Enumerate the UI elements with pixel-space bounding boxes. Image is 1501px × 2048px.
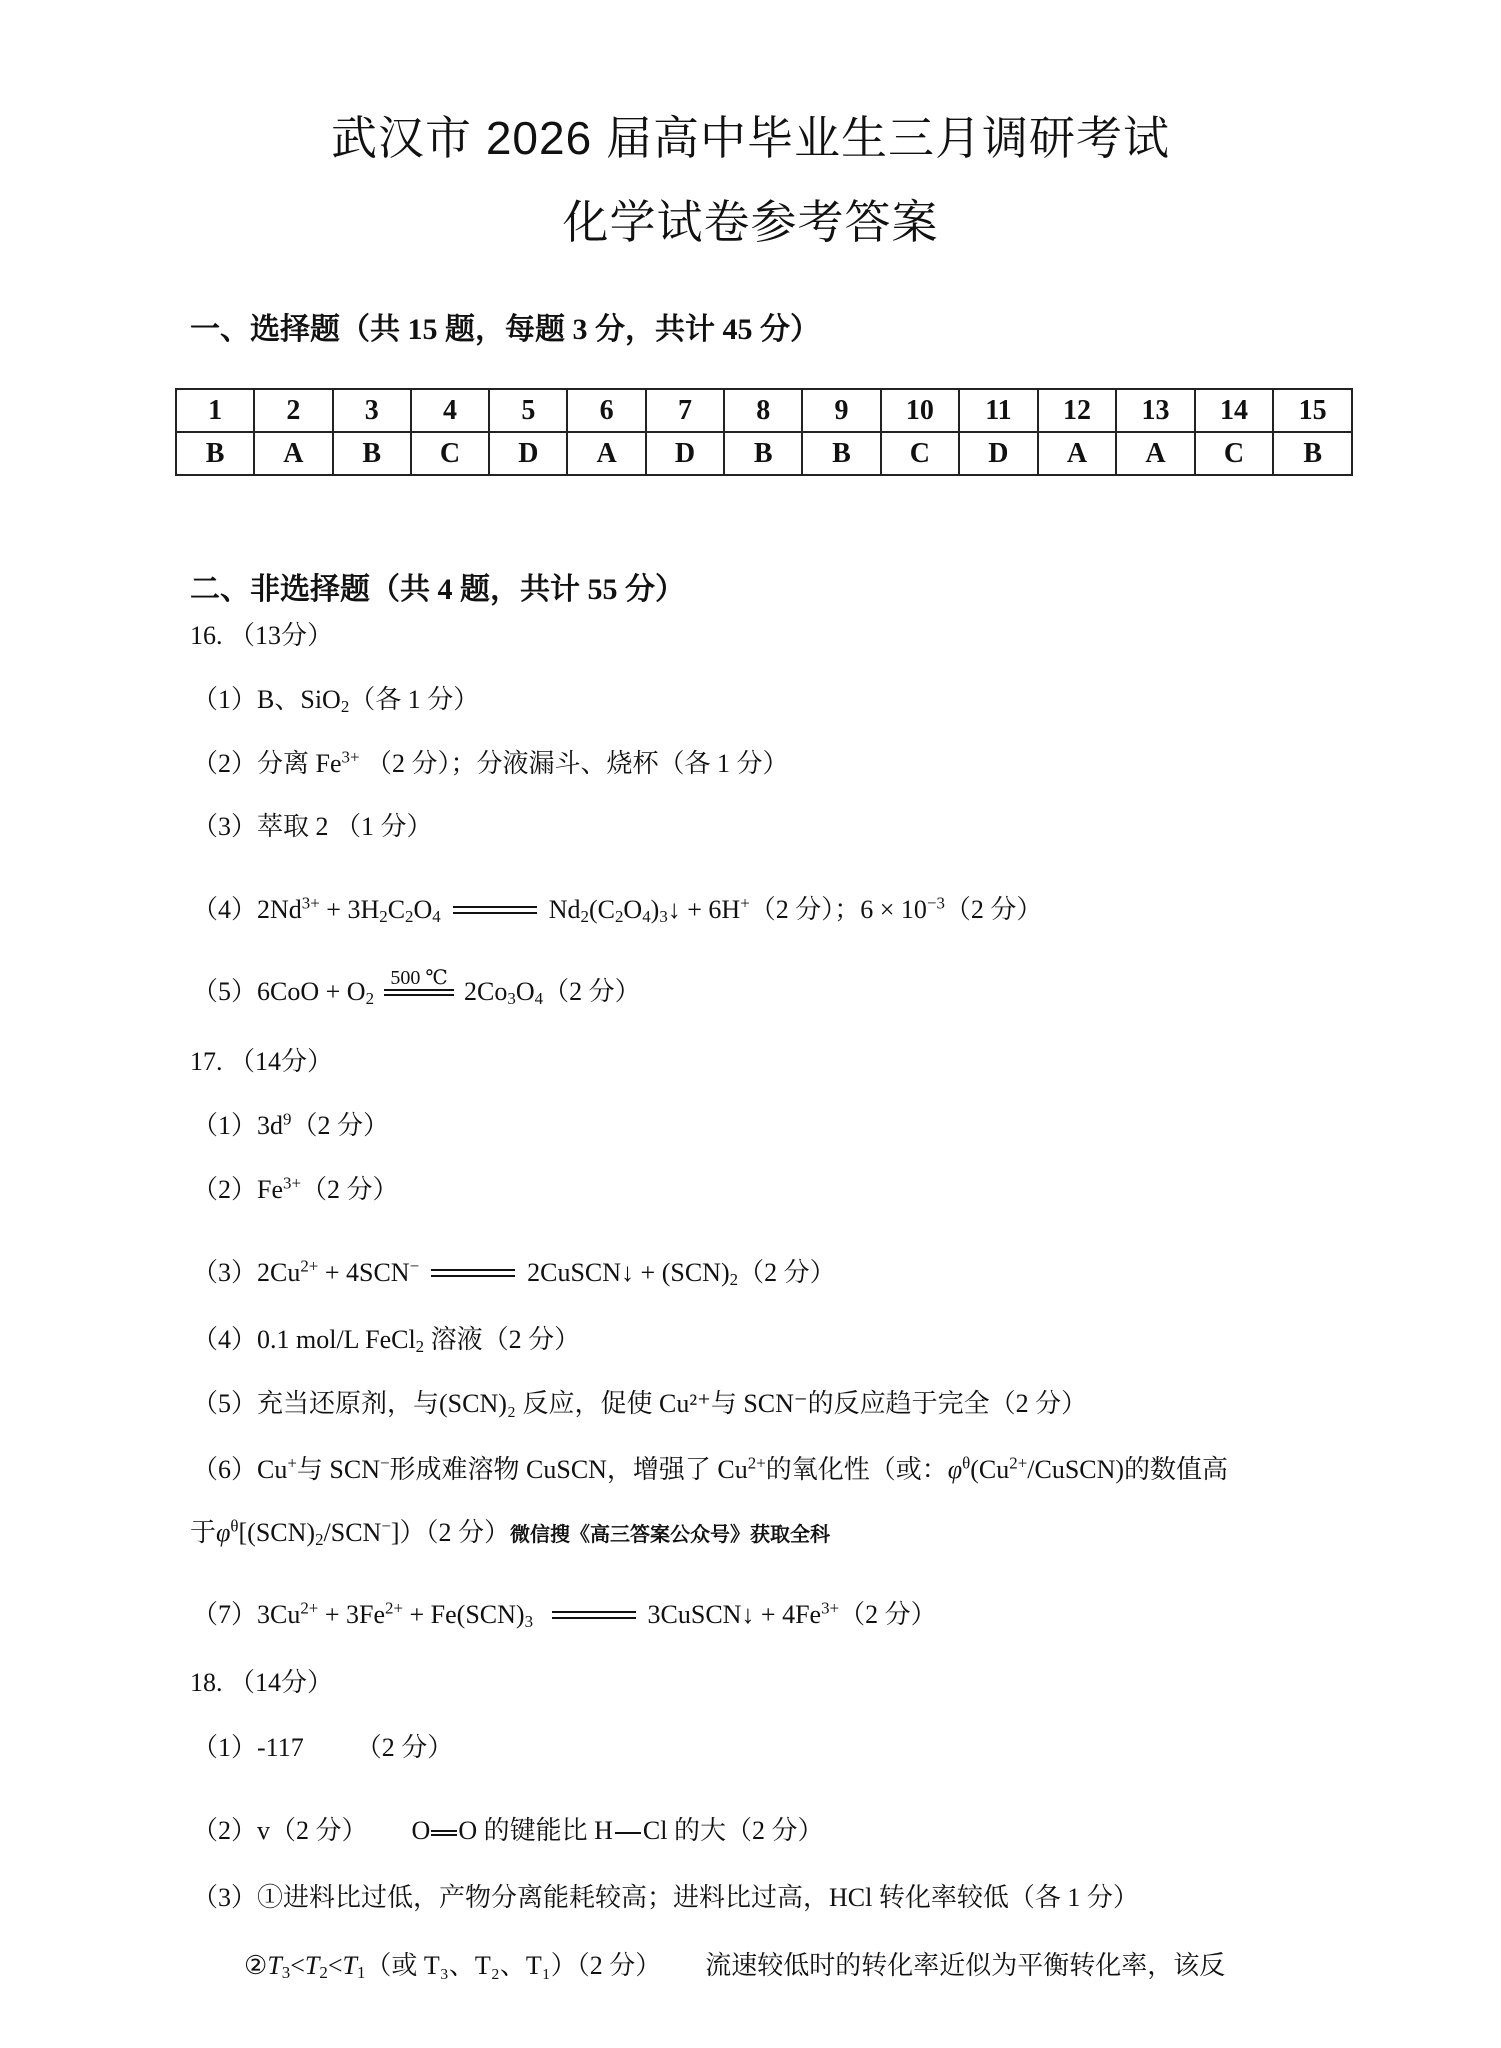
answer-text: v（2 分）	[257, 1816, 368, 1845]
watermark-text: 微信搜《高三答案公众号》获取全科	[510, 1522, 830, 1546]
q16-answer-1: （1）B、SiO2（各 1 分）	[192, 683, 479, 717]
page-title: 武汉市 2026 届高中毕业生三月调研考试	[0, 102, 1501, 168]
answer-label: （6）	[192, 1455, 257, 1484]
answer-text: -117	[257, 1733, 304, 1762]
score-text: （各 1 分）	[349, 685, 479, 714]
answer-text: ②T3<T2<T1	[244, 1951, 365, 1980]
q17-answer-5: （5）充当还原剂，与(SCN)₂ 反应，促使 Cu²⁺与 SCN⁻的反应趋于完全…	[192, 1387, 1087, 1421]
answer-text: 流速较低时的转化率近似为平衡转化率，该反	[705, 1951, 1225, 1980]
question-number-cell: 12	[1038, 389, 1117, 432]
answer-cell: B	[333, 432, 411, 475]
answer-text: 充当还原剂，与(SCN)₂ 反应，促使 Cu²⁺与 SCN⁻的反应趋于完全（2 …	[257, 1389, 1087, 1418]
answer-text: Fe	[257, 1175, 283, 1204]
score-text: （或 T₃、T₂、T₁）（2 分）	[365, 1951, 661, 1980]
question-18-header: 18. （14分）	[190, 1666, 333, 1700]
q16-answer-2: （2）分离 Fe3+ （2 分）；分液漏斗、烧杯（各 1 分）	[192, 747, 789, 781]
answer-cell: B	[802, 432, 880, 475]
answer-text: B、SiO	[257, 685, 341, 714]
q17-answer-7: （7）3Cu2+ + 3Fe2+ + Fe(SCN)3 3CuSCN↓ + 4F…	[192, 1598, 937, 1632]
answer-text: 分离 Fe	[257, 749, 342, 778]
q18-answer-3: （3）①进料比过低，产物分离能耗较高；进料比过高，HCl 转化率较低（各 1 分…	[192, 1881, 1139, 1915]
question-number-cell: 2	[254, 389, 332, 432]
answer-cell: A	[1116, 432, 1195, 475]
double-bond-icon	[431, 1830, 457, 1836]
question-number-cell: 11	[959, 389, 1038, 432]
answer-cell: A	[567, 432, 645, 475]
answer-text: ①进料比过低，产物分离能耗较高；进料比过高，HCl 转化率较低（各 1 分）	[257, 1883, 1139, 1912]
exponent: −3	[927, 894, 945, 913]
answer-text: Cl 的大（2 分）	[643, 1816, 824, 1845]
question-number-cell: 13	[1116, 389, 1195, 432]
answer-cell: C	[411, 432, 489, 475]
answer-label: （3）	[192, 812, 257, 841]
question-number-cell: 4	[411, 389, 489, 432]
answer-cell: D	[489, 432, 567, 475]
answer-table: 123456789101112131415 BABCDADBBCDAACB	[175, 388, 1353, 476]
q17-answer-4: （4）0.1 mol/L FeCl2 溶液（2 分）	[192, 1323, 580, 1357]
equals-sign	[453, 906, 537, 914]
answer-label: （2）	[192, 749, 257, 778]
q17-answer-2: （2）Fe3+（2 分）	[192, 1173, 399, 1207]
equals-sign	[431, 1269, 515, 1277]
question-number-row: 123456789101112131415	[176, 389, 1352, 432]
q18-answer-2: （2）v（2 分）OO 的键能比 HCl 的大（2 分）	[192, 1814, 823, 1848]
question-number-cell: 10	[881, 389, 960, 432]
answer-label: （2）	[192, 1175, 257, 1204]
score-text: （2 分）	[291, 1111, 389, 1140]
score-text: （2 分）	[356, 1733, 454, 1762]
question-number-cell: 14	[1195, 389, 1274, 432]
subscript: 2	[341, 697, 349, 716]
answer-label: （4）	[192, 1325, 257, 1354]
score-text: （2 分）；6 × 10	[750, 895, 927, 924]
q17-answer-6: （6）Cu+与 SCN−形成难溶物 CuSCN，增强了 Cu2+的氧化性（或：φ…	[192, 1453, 1228, 1487]
answer-label: （5）	[192, 977, 257, 1006]
chemical-equation: 6CoO + O2500 ℃2Co3O4	[257, 977, 543, 1006]
chemical-equation: 2Nd3+ + 3H2C2O4Nd2(C2O4)3↓ + 6H+	[257, 895, 750, 924]
answer-text: 萃取 2 （1 分）	[257, 812, 433, 841]
answer-text: 溶液（2 分）	[424, 1325, 580, 1354]
q17-answer-1: （1）3d9（2 分）	[192, 1109, 389, 1143]
answer-cell: D	[646, 432, 724, 475]
answer-cell: C	[881, 432, 960, 475]
q16-answer-5: （5）6CoO + O2500 ℃2Co3O4（2 分）	[192, 975, 641, 1009]
superscript: 3+	[342, 748, 360, 767]
score-text: （2 分）；分液漏斗、烧杯（各 1 分）	[360, 749, 789, 778]
score-text: （2 分）	[543, 977, 641, 1006]
answer-label: （3）	[192, 1258, 257, 1287]
reaction-condition: 500 ℃	[384, 961, 454, 995]
question-number-cell: 15	[1273, 389, 1352, 432]
answer-row: BABCDADBBCDAACB	[176, 432, 1352, 475]
bond-notation: OO	[412, 1816, 484, 1845]
page-subtitle: 化学试卷参考答案	[0, 186, 1501, 252]
section-heading-choice: 一、选择题（共 15 题，每题 3 分，共计 45 分）	[190, 304, 820, 348]
q16-answer-3: （3）萃取 2 （1 分）	[192, 810, 433, 844]
answer-label: （3）	[192, 1883, 257, 1912]
question-number-cell: 8	[724, 389, 802, 432]
answer-label: （1）	[192, 1733, 257, 1762]
answer-label: （2）	[192, 1816, 257, 1845]
question-number-cell: 9	[802, 389, 880, 432]
question-16-header: 16. （13分）	[190, 619, 333, 653]
chemical-equation: 3Cu2+ + 3Fe2+ + Fe(SCN)3 3CuSCN↓ + 4Fe3+	[257, 1600, 839, 1629]
score-text: （2 分）	[839, 1600, 937, 1629]
section-heading-nonchoice: 二、非选择题（共 4 题，共计 55 分）	[190, 564, 685, 608]
answer-text: 的键能比 H	[484, 1816, 613, 1845]
answer-text: 于φθ[(SCN)2/SCN−]）（2 分）	[190, 1518, 510, 1547]
answer-cell: C	[1195, 432, 1274, 475]
answer-label: （7）	[192, 1600, 257, 1629]
question-number-cell: 6	[567, 389, 645, 432]
single-bond-icon	[615, 1832, 641, 1834]
answer-cell: D	[959, 432, 1038, 475]
answer-text: 0.1 mol/L FeCl	[257, 1325, 416, 1354]
answer-cell: A	[1038, 432, 1117, 475]
score-text: （2 分）	[738, 1258, 836, 1287]
chemical-equation: 2Cu2+ + 4SCN−2CuSCN↓ + (SCN)2	[257, 1258, 738, 1287]
answer-label: （5）	[192, 1389, 257, 1418]
answer-cell: B	[176, 432, 254, 475]
answer-label: （1）	[192, 685, 257, 714]
q17-answer-3: （3）2Cu2+ + 4SCN−2CuSCN↓ + (SCN)2（2 分）	[192, 1256, 836, 1290]
question-number-cell: 1	[176, 389, 254, 432]
condition-equals-sign: 500 ℃	[384, 989, 454, 996]
answer-cell: A	[254, 432, 332, 475]
question-number-cell: 7	[646, 389, 724, 432]
answer-label: （1）	[192, 1111, 257, 1140]
equals-sign	[552, 1611, 636, 1619]
q16-answer-4: （4）2Nd3+ + 3H2C2O4Nd2(C2O4)3↓ + 6H+（2 分）…	[192, 893, 1042, 927]
answer-text: Cu+与 SCN−形成难溶物 CuSCN，增强了 Cu2+的氧化性（或：φθ(C…	[257, 1455, 1228, 1484]
q18-answer-1: （1）-117（2 分）	[192, 1731, 453, 1765]
answer-cell: B	[1273, 432, 1352, 475]
subscript: 2	[416, 1337, 424, 1356]
answer-label: （4）	[192, 895, 257, 924]
superscript: 3+	[283, 1174, 301, 1193]
question-number-cell: 5	[489, 389, 567, 432]
question-17-header: 17. （14分）	[190, 1045, 333, 1079]
answer-text: 3d	[257, 1111, 283, 1140]
question-number-cell: 3	[333, 389, 411, 432]
answer-cell: B	[724, 432, 802, 475]
q17-answer-6-continuation: 于φθ[(SCN)2/SCN−]）（2 分）微信搜《高三答案公众号》获取全科	[190, 1516, 830, 1551]
score-text: （2 分）	[945, 895, 1043, 924]
q18-answer-3-part2: ②T3<T2<T1（或 T₃、T₂、T₁）（2 分）流速较低时的转化率近似为平衡…	[244, 1949, 1225, 1983]
score-text: （2 分）	[301, 1175, 399, 1204]
